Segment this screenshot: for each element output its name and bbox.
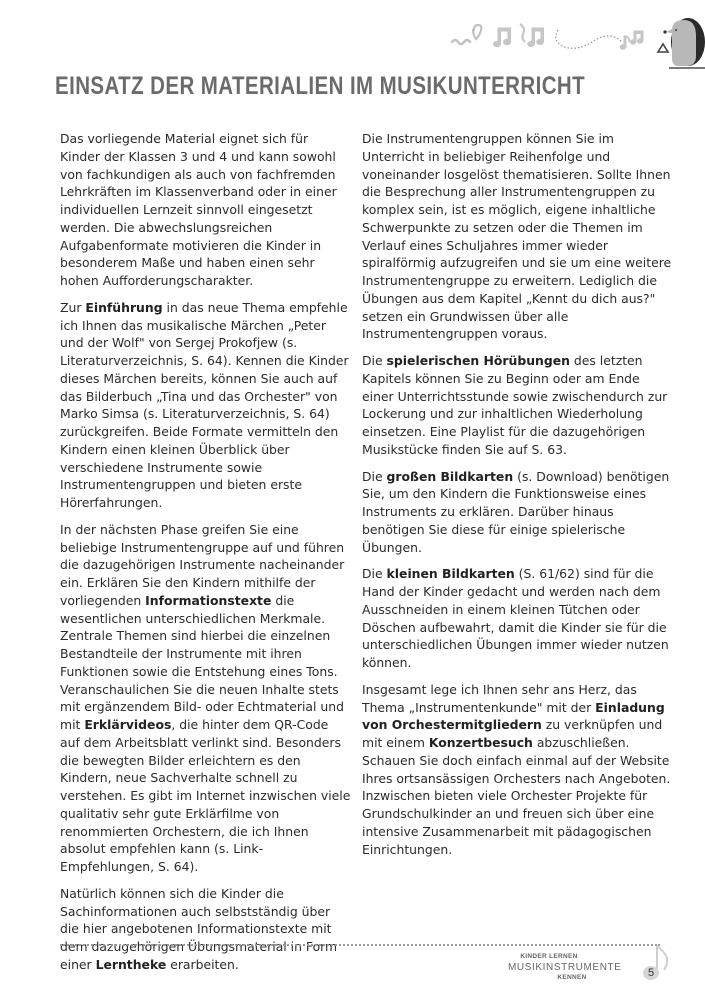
text-run: Das vorliegende Material eignet sich für…	[60, 131, 337, 288]
brand-line-3: KENNEN	[536, 975, 608, 982]
text-run: in das neue Thema empfehle ich Ihnen das…	[60, 300, 349, 510]
paragraph: Zur Einführung in das neue Thema empfehl…	[60, 299, 352, 512]
heart-icon	[473, 25, 481, 39]
text-run: Zur	[60, 300, 85, 315]
paragraph: Das vorliegende Material eignet sich für…	[60, 130, 352, 290]
bold-term: spielerischen Hörübungen	[387, 353, 570, 368]
bold-term: Lerntheke	[96, 957, 167, 972]
text-run: Die	[362, 566, 387, 581]
bold-term: Erklärvideos	[84, 717, 171, 732]
bold-term: Einführung	[85, 300, 162, 315]
text-run: die wesentlichen unterschiedlichen Merkm…	[60, 593, 344, 732]
brand-line-2: MUSIKINSTRUMENTE	[508, 963, 608, 973]
paragraph: Insgesamt lege ich Ihnen sehr ans Herz, …	[362, 681, 672, 859]
hedgehog-with-triangle-icon	[658, 18, 705, 68]
footer-brand-logo: KINDER LERNEN MUSIKINSTRUMENTE KENNEN	[508, 954, 608, 981]
text-run: abzuschließen. Schauen Sie doch einfach …	[362, 735, 670, 857]
squiggle-icon	[452, 40, 470, 44]
paragraph: In der nächsten Phase greifen Sie eine b…	[60, 521, 352, 876]
text-run: erarbeiten.	[166, 957, 239, 972]
text-run: , die hinter dem QR-Code auf dem Arbeits…	[60, 717, 350, 874]
bold-term: Konzertbesuch	[429, 735, 533, 750]
paragraph: Die spielerischen Hörübungen des letzten…	[362, 352, 672, 459]
bold-term: großen Bildkarten	[387, 469, 514, 484]
dotted-path-icon	[556, 30, 622, 48]
bold-term: kleinen Bildkarten	[387, 566, 515, 581]
page-title: Einsatz der Materialien im Musikunterric…	[55, 72, 585, 101]
brand-line-1: KINDER LERNEN	[490, 954, 608, 961]
music-notes-small-icon	[620, 31, 643, 49]
paragraph: Die Instrumentengruppen können Sie im Un…	[362, 130, 672, 343]
page-number: 5	[643, 966, 659, 980]
text-run: Die	[362, 469, 387, 484]
left-column: Das vorliegende Material eignet sich für…	[60, 130, 352, 983]
paragraph: Die großen Bildkarten (s. Download) benö…	[362, 468, 672, 557]
header-decoration	[440, 8, 705, 70]
footer-divider	[60, 944, 660, 946]
text-run: des letzten Kapitels können Sie zu Begin…	[362, 353, 667, 457]
text-run: Die Instrumentengruppen können Sie im Un…	[362, 131, 671, 341]
right-column: Die Instrumentengruppen können Sie im Un…	[362, 130, 672, 867]
music-notes-icon	[494, 24, 544, 47]
paragraph: Die kleinen Bildkarten (S. 61/62) sind f…	[362, 565, 672, 672]
paragraph: Natürlich können sich die Kinder die Sac…	[60, 885, 352, 974]
text-run: Die	[362, 353, 387, 368]
text-run: (S. 61/62) sind für die Hand der Kinder …	[362, 566, 669, 670]
bold-term: Informationstexte	[145, 593, 271, 608]
page-number-badge: 5	[640, 944, 680, 984]
